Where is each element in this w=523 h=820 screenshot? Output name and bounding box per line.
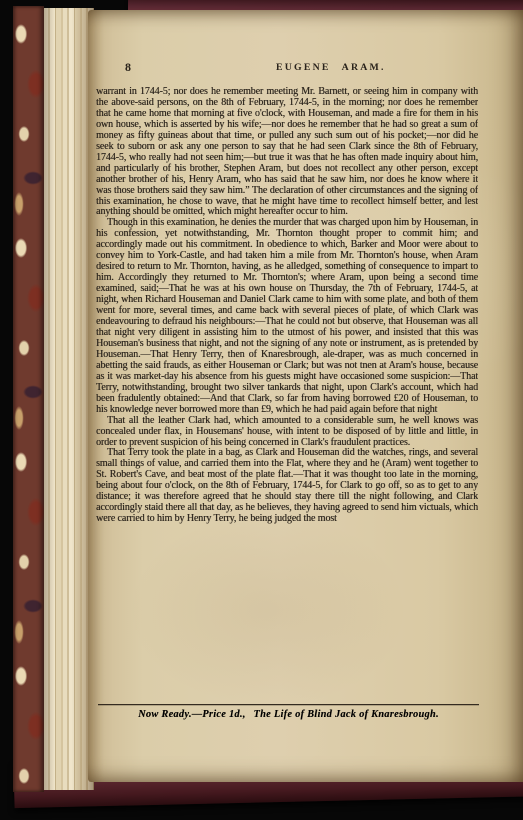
page-footer: Now Ready.—Price 1d., The Life of Blind … [98,709,479,720]
paragraph-1: warrant in 1744-5; nor does he remember … [96,87,478,218]
footer-block: Now Ready.—Price 1d., The Life of Blind … [98,704,479,720]
marbled-endpaper [13,6,44,792]
paragraph-4: That Terry took the plate in a bag, as C… [96,448,478,525]
paragraph-2: Though in this examination, he denies th… [96,218,478,415]
running-title: EUGENE ARAM. [276,62,386,73]
footer-announcement: Now Ready.—Price 1d., [138,709,245,720]
footer-book-title: The Life of Blind Jack of Knaresbrough. [254,709,439,720]
footer-rule [98,704,479,705]
page-number: 8 [125,60,132,75]
page-content: 8 EUGENE ARAM. warrant in 1744-5; nor do… [96,60,478,525]
page-header: 8 EUGENE ARAM. [96,60,478,75]
book-page: 8 EUGENE ARAM. warrant in 1744-5; nor do… [88,10,523,782]
page-body: warrant in 1744-5; nor does he remember … [96,87,478,525]
photo-backdrop: 8 EUGENE ARAM. warrant in 1744-5; nor do… [0,0,523,820]
page-edge-stack [44,8,94,790]
paragraph-3: That all the leather Clark had, which am… [96,416,478,449]
